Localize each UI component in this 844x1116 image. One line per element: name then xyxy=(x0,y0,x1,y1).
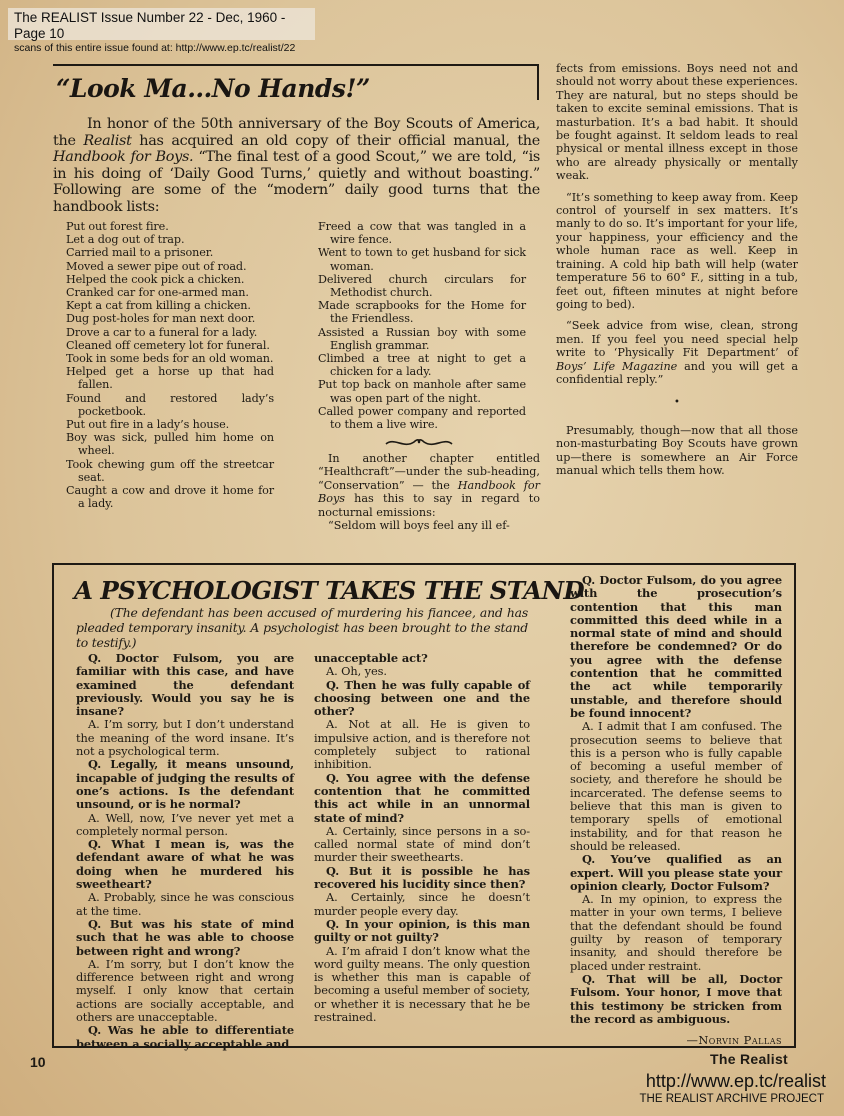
author-signature: —Norvin Pallas xyxy=(570,1034,782,1047)
answer: A. I’m afraid I don’t know what the word… xyxy=(314,945,530,1025)
list-item: Delivered church circulars for Methodist… xyxy=(318,273,526,299)
good-turns-list-1: Put out forest fire.Let a dog out of tra… xyxy=(66,220,274,510)
answer: A. Not at all. He is given to impulsive … xyxy=(314,718,530,771)
list-item: Helped get a horse up that had fallen. xyxy=(66,365,274,391)
health-text: has this to say in regard to nocturnal e… xyxy=(318,492,540,518)
banner-title: The REALIST Issue Number 22 - Dec, 1960 … xyxy=(14,10,309,42)
list-item: Moved a sewer pipe out of road. xyxy=(66,260,274,273)
intro-text: has acquired an old copy of their offici… xyxy=(132,133,540,149)
question: Q. Then he was fully capable of choosing… xyxy=(314,679,530,719)
question: Q. You’ve qualified as an expert. Will y… xyxy=(570,853,782,893)
list-item: Dug post-holes for man next door. xyxy=(66,312,274,325)
list-item: Put out fire in a lady’s house. xyxy=(66,418,274,431)
question: Q. But it is possible he has recovered h… xyxy=(314,865,530,892)
answer: A. Probably, since he was conscious at t… xyxy=(76,891,294,918)
answer: A. I admit that I am confused. The prose… xyxy=(570,720,782,853)
list-item: Called power company and reported to the… xyxy=(318,405,526,431)
paragraph: fects from emissions. Boys need not and … xyxy=(556,62,798,183)
list-item: Climbed a tree at night to get a chicken… xyxy=(318,352,526,378)
question: Q. Was he able to differentiate between … xyxy=(76,1024,294,1051)
page-number: 10 xyxy=(30,1054,46,1070)
paragraph: Presumably, though—now that all those no… xyxy=(556,424,798,478)
list-item: Assisted a Russian boy with some English… xyxy=(318,326,526,352)
article1-title: “Look Ma…No Hands!” xyxy=(56,74,370,103)
question: Q. Legally, it means unsound, incapable … xyxy=(76,758,294,811)
list-item: Went to town to get husband for sick wom… xyxy=(318,246,526,272)
question: Q. That will be all, Doctor Fulsom. Your… xyxy=(570,973,782,1026)
article2-subtitle: (The defendant has been accused of murde… xyxy=(76,605,528,650)
question: Q. You agree with the defense contention… xyxy=(314,772,530,825)
list-item: Took chewing gum off the streetcar seat. xyxy=(66,458,274,484)
list-item: Helped the cook pick a chicken. xyxy=(66,273,274,286)
good-turns-list-2: Freed a cow that was tangled in a wire f… xyxy=(318,220,526,431)
intro-realist: Realist xyxy=(83,133,131,149)
archive-url: http://www.ep.tc/realist xyxy=(646,1071,826,1092)
testimony-column-1: Q. Doctor Fulsom, you are familiar with … xyxy=(76,652,294,1051)
list-item: Let a dog out of trap. xyxy=(66,233,274,246)
list-item: Took in some beds for an old woman. xyxy=(66,352,274,365)
subtitle-text: (The defendant has been accused of murde… xyxy=(76,605,528,650)
paragraph: “Seek advice from wise, clean, strong me… xyxy=(556,319,798,386)
publication-name: The Realist xyxy=(710,1051,788,1067)
question: Q. Doctor Fulsom, do you agree with the … xyxy=(570,574,782,720)
list-item: Cranked car for one-armed man. xyxy=(66,286,274,299)
intro-handbook: Handbook for Boys. xyxy=(53,149,193,165)
top-rule xyxy=(53,64,538,66)
list-item: Freed a cow that was tangled in a wire f… xyxy=(318,220,526,246)
answer: A. Well, now, I’ve never yet met a compl… xyxy=(76,812,294,839)
question: Q. In your opinion, is this man guilty o… xyxy=(314,918,530,945)
list-item: Cleaned off cemetery lot for funeral. xyxy=(66,339,274,352)
banner-source: scans of this entire issue found at: htt… xyxy=(14,42,309,55)
top-vertical-rule xyxy=(537,64,539,100)
list-item: Boy was sick, pulled him home on wheel. xyxy=(66,431,274,457)
testimony-column-3: Q. Doctor Fulsom, do you agree with the … xyxy=(570,574,782,1047)
answer: A. I’m sorry, but I don’t know the diffe… xyxy=(76,958,294,1024)
answer: A. Oh, yes. xyxy=(314,665,530,678)
archive-banner: The REALIST Issue Number 22 - Dec, 1960 … xyxy=(8,8,315,40)
paragraph-text: “Seek advice from wise, clean, strong me… xyxy=(556,319,798,359)
article1-intro: In honor of the 50th anniversary of the … xyxy=(53,116,540,216)
list-item: Put out forest fire. xyxy=(66,220,274,233)
bullet-separator: • xyxy=(556,396,798,409)
list-item: Drove a car to a funeral for a lady. xyxy=(66,326,274,339)
article2-title: A PSYCHOLOGIST TAKES THE STAND xyxy=(74,576,584,605)
question: Q. But was his state of mind such that h… xyxy=(76,918,294,958)
list-item: Found and restored lady’s pocketbook. xyxy=(66,392,274,418)
health-quote: “Seldom will boys feel any ill ef- xyxy=(318,519,540,532)
health-paragraph: In another chapter entitled “Healthcraft… xyxy=(318,452,540,532)
answer: A. I’m sorry, but I don’t understand the… xyxy=(76,718,294,758)
article1-column-3: fects from emissions. Boys need not and … xyxy=(556,62,798,485)
archive-project: THE REALIST ARCHIVE PROJECT xyxy=(640,1093,824,1105)
paragraph: “It’s something to keep away from. Keep … xyxy=(556,191,798,312)
list-item: Carried mail to a prisoner. xyxy=(66,246,274,259)
list-item: Put top back on manhole after same was o… xyxy=(318,378,526,404)
question: Q. Doctor Fulsom, you are familiar with … xyxy=(76,652,294,718)
list-item: Kept a cat from killing a chicken. xyxy=(66,299,274,312)
answer: A. In my opinion, to express the matter … xyxy=(570,893,782,973)
answer: A. Certainly, since he doesn’t murder pe… xyxy=(314,891,530,918)
ornament-divider-icon xyxy=(384,435,454,449)
list-item: Caught a cow and drove it home for a lad… xyxy=(66,484,274,510)
answer: A. Certainly, since persons in a so-call… xyxy=(314,825,530,865)
magazine-name: Boys’ Life Magazine xyxy=(556,360,677,373)
testimony-column-2: unacceptable act?A. Oh, yes.Q. Then he w… xyxy=(314,652,530,1024)
question: unacceptable act? xyxy=(314,652,530,665)
list-item: Made scrapbooks for the Home for the Fri… xyxy=(318,299,526,325)
question: Q. What I mean is, was the defendant awa… xyxy=(76,838,294,891)
